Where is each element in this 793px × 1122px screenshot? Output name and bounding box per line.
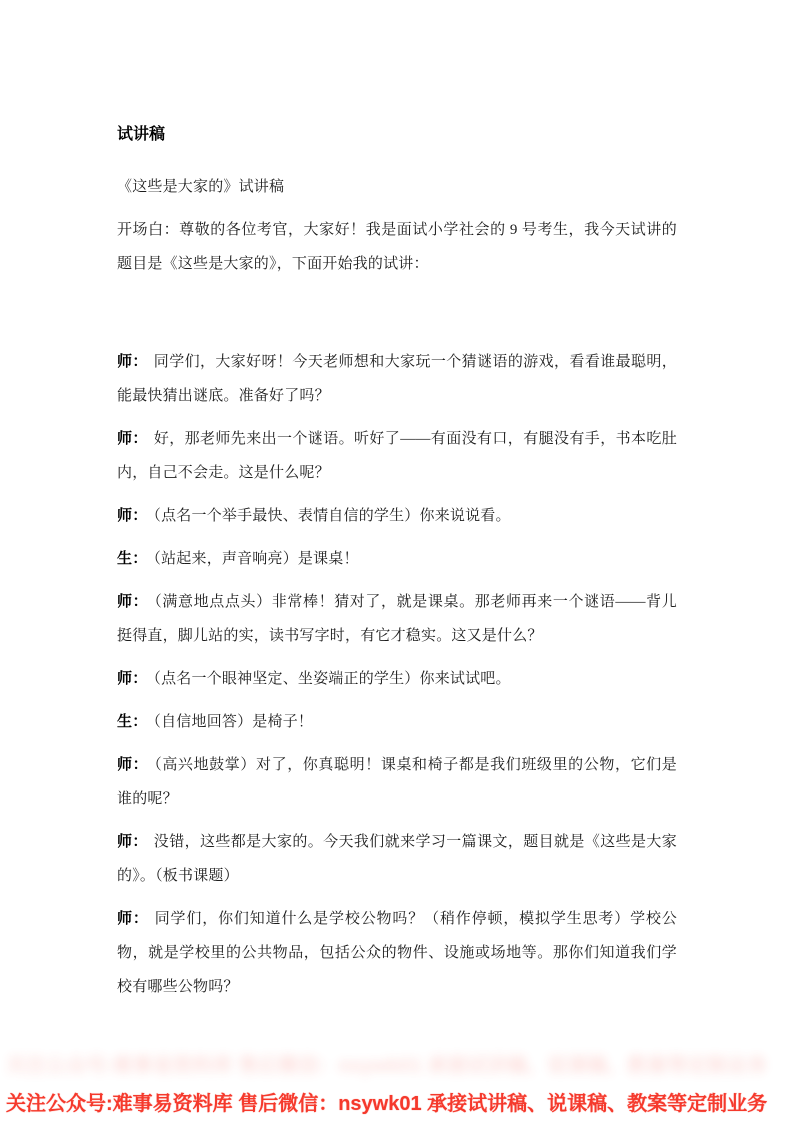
dialogue-paragraph: 师：同学们，大家好呀！今天老师想和大家玩一个猜谜语的游戏，看看谁最聪明，能最快猜… [117, 345, 677, 413]
opening-paragraph: 开场白：尊敬的各位考官，大家好！我是面试小学社会的 9 号考生，我今天试讲的题目… [117, 213, 677, 281]
speaker-label: 师： [117, 354, 148, 370]
dialogue-text: （自信地回答）是椅子！ [153, 714, 313, 730]
speaker-label: 师： [117, 508, 147, 524]
dialogue-paragraph: 师：（高兴地鼓掌）对了，你真聪明！课桌和椅子都是我们班级里的公物，它们是谁的呢？ [117, 748, 677, 816]
document-subtitle: 《这些是大家的》试讲稿 [117, 170, 677, 204]
speaker-label: 师： [117, 431, 148, 447]
dialogue-paragraph: 师：（满意地点点头）非常棒！猜对了，就是课桌。那老师再来一个谜语——背儿挺得直，… [117, 585, 677, 653]
document-content: 试讲稿 《这些是大家的》试讲稿 开场白：尊敬的各位考官，大家好！我是面试小学社会… [117, 124, 677, 1013]
dialogue-text: 同学们，你们知道什么是学校公物吗？（稍作停顿，模拟学生思考）学校公物，就是学校里… [117, 911, 677, 995]
dialogue-text: （满意地点点头）非常棒！猜对了，就是课桌。那老师再来一个谜语——背儿挺得直，脚儿… [117, 594, 677, 644]
dialogue-text: 好，那老师先来出一个谜语。听好了——有面没有口，有腿没有手，书本吃肚内，自己不会… [117, 431, 677, 481]
speaker-label: 师： [117, 911, 149, 927]
dialogue-paragraph: 生：（自信地回答）是椅子！ [117, 705, 677, 739]
speaker-label: 生： [117, 551, 147, 567]
document-page: 试讲稿 《这些是大家的》试讲稿 开场白：尊敬的各位考官，大家好！我是面试小学社会… [0, 0, 793, 1122]
dialogue-paragraph: 师：（点名一个眼神坚定、坐姿端正的学生）你来试试吧。 [117, 662, 677, 696]
dialogue-text: 同学们，大家好呀！今天老师想和大家玩一个猜谜语的游戏，看看谁最聪明，能最快猜出谜… [117, 354, 677, 404]
dialogue-text: （站起来，声音响亮）是课桌！ [153, 551, 358, 567]
dialogue-paragraph: 师：（点名一个举手最快、表情自信的学生）你来说说看。 [117, 499, 677, 533]
speaker-label: 师： [117, 671, 147, 687]
dialogue-text: （点名一个举手最快、表情自信的学生）你来说说看。 [153, 508, 510, 524]
dialogue-text: （点名一个眼神坚定、坐姿端正的学生）你来试试吧。 [153, 671, 510, 687]
speaker-label: 师： [117, 594, 148, 610]
document-title: 试讲稿 [117, 124, 677, 146]
speaker-label: 师： [117, 757, 148, 773]
footer-promo-text: 关注公众号:难事易资料库 售后微信：nsywk01 承接试讲稿、说课稿、教案等定… [6, 1093, 793, 1115]
dialogue-paragraph: 师：没错，这些都是大家的。今天我们就来学习一篇课文，题目就是《这些是大家的》。（… [117, 825, 677, 893]
speaker-label: 师： [117, 834, 148, 850]
dialogue-text: （高兴地鼓掌）对了，你真聪明！课桌和椅子都是我们班级里的公物，它们是谁的呢？ [117, 757, 677, 807]
dialogue-text: 没错，这些都是大家的。今天我们就来学习一篇课文，题目就是《这些是大家的》。（板书… [117, 834, 677, 884]
paragraph-spacer [117, 290, 677, 345]
speaker-label: 生： [117, 714, 147, 730]
dialogue-paragraph: 师：同学们，你们知道什么是学校公物吗？（稍作停顿，模拟学生思考）学校公物，就是学… [117, 902, 677, 1004]
footer-watermark-ghost: 关注公众号:难事易资料库 售后微信：nsywk01 承接试讲稿、说课稿、教案等定… [6, 1049, 793, 1078]
dialogue-paragraph: 生：（站起来，声音响亮）是课桌！ [117, 542, 677, 576]
dialogue-paragraph: 师：好，那老师先来出一个谜语。听好了——有面没有口，有腿没有手，书本吃肚内，自己… [117, 422, 677, 490]
